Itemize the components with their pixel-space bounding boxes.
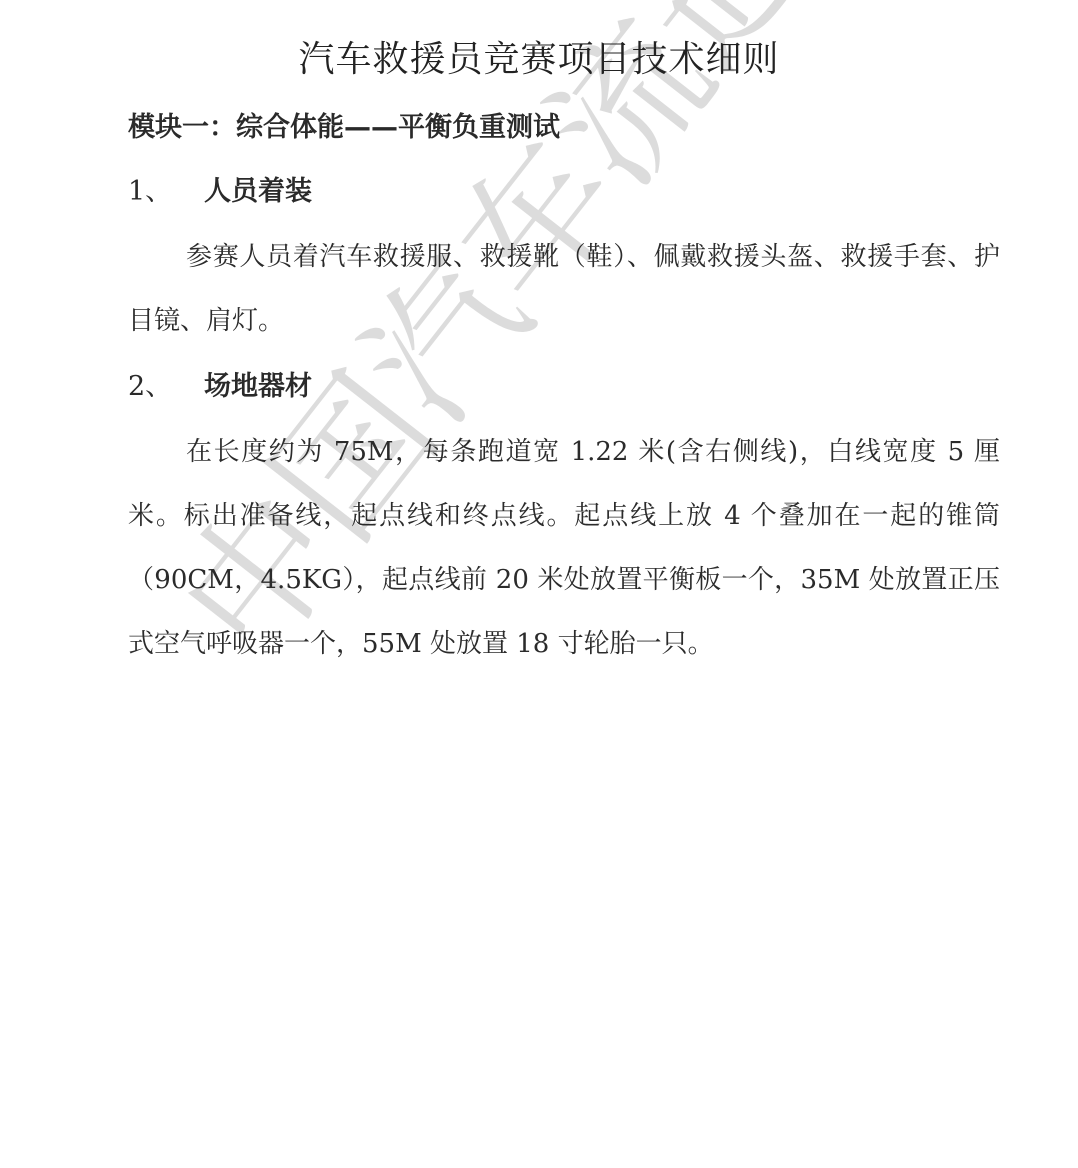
section-number: 2、 (128, 367, 204, 407)
section-label: 场地器材 (204, 371, 312, 402)
document-page: 中国汽车流通协会 汽车救援员竞赛项目技术细则 模块一：综合体能——平衡负重测试 … (0, 0, 1078, 1168)
section-heading-venue-equipment: 2、场地器材 (128, 367, 312, 407)
section-heading-attire: 1、人员着装 (128, 172, 312, 212)
module-heading: 模块一：综合体能——平衡负重测试 (128, 108, 560, 148)
section-paragraph-venue-equipment: 在长度约为 75M，每条跑道宽 1.22 米(含右侧线)，白线宽度 5 厘米。标… (128, 420, 1000, 676)
section-number: 1、 (128, 172, 204, 212)
section-label: 人员着装 (204, 176, 312, 207)
document-title: 汽车救援员竞赛项目技术细则 (0, 36, 1078, 84)
section-paragraph-attire: 参赛人员着汽车救援服、救援靴（鞋）、佩戴救援头盔、救援手套、护目镜、肩灯。 (128, 225, 1000, 353)
